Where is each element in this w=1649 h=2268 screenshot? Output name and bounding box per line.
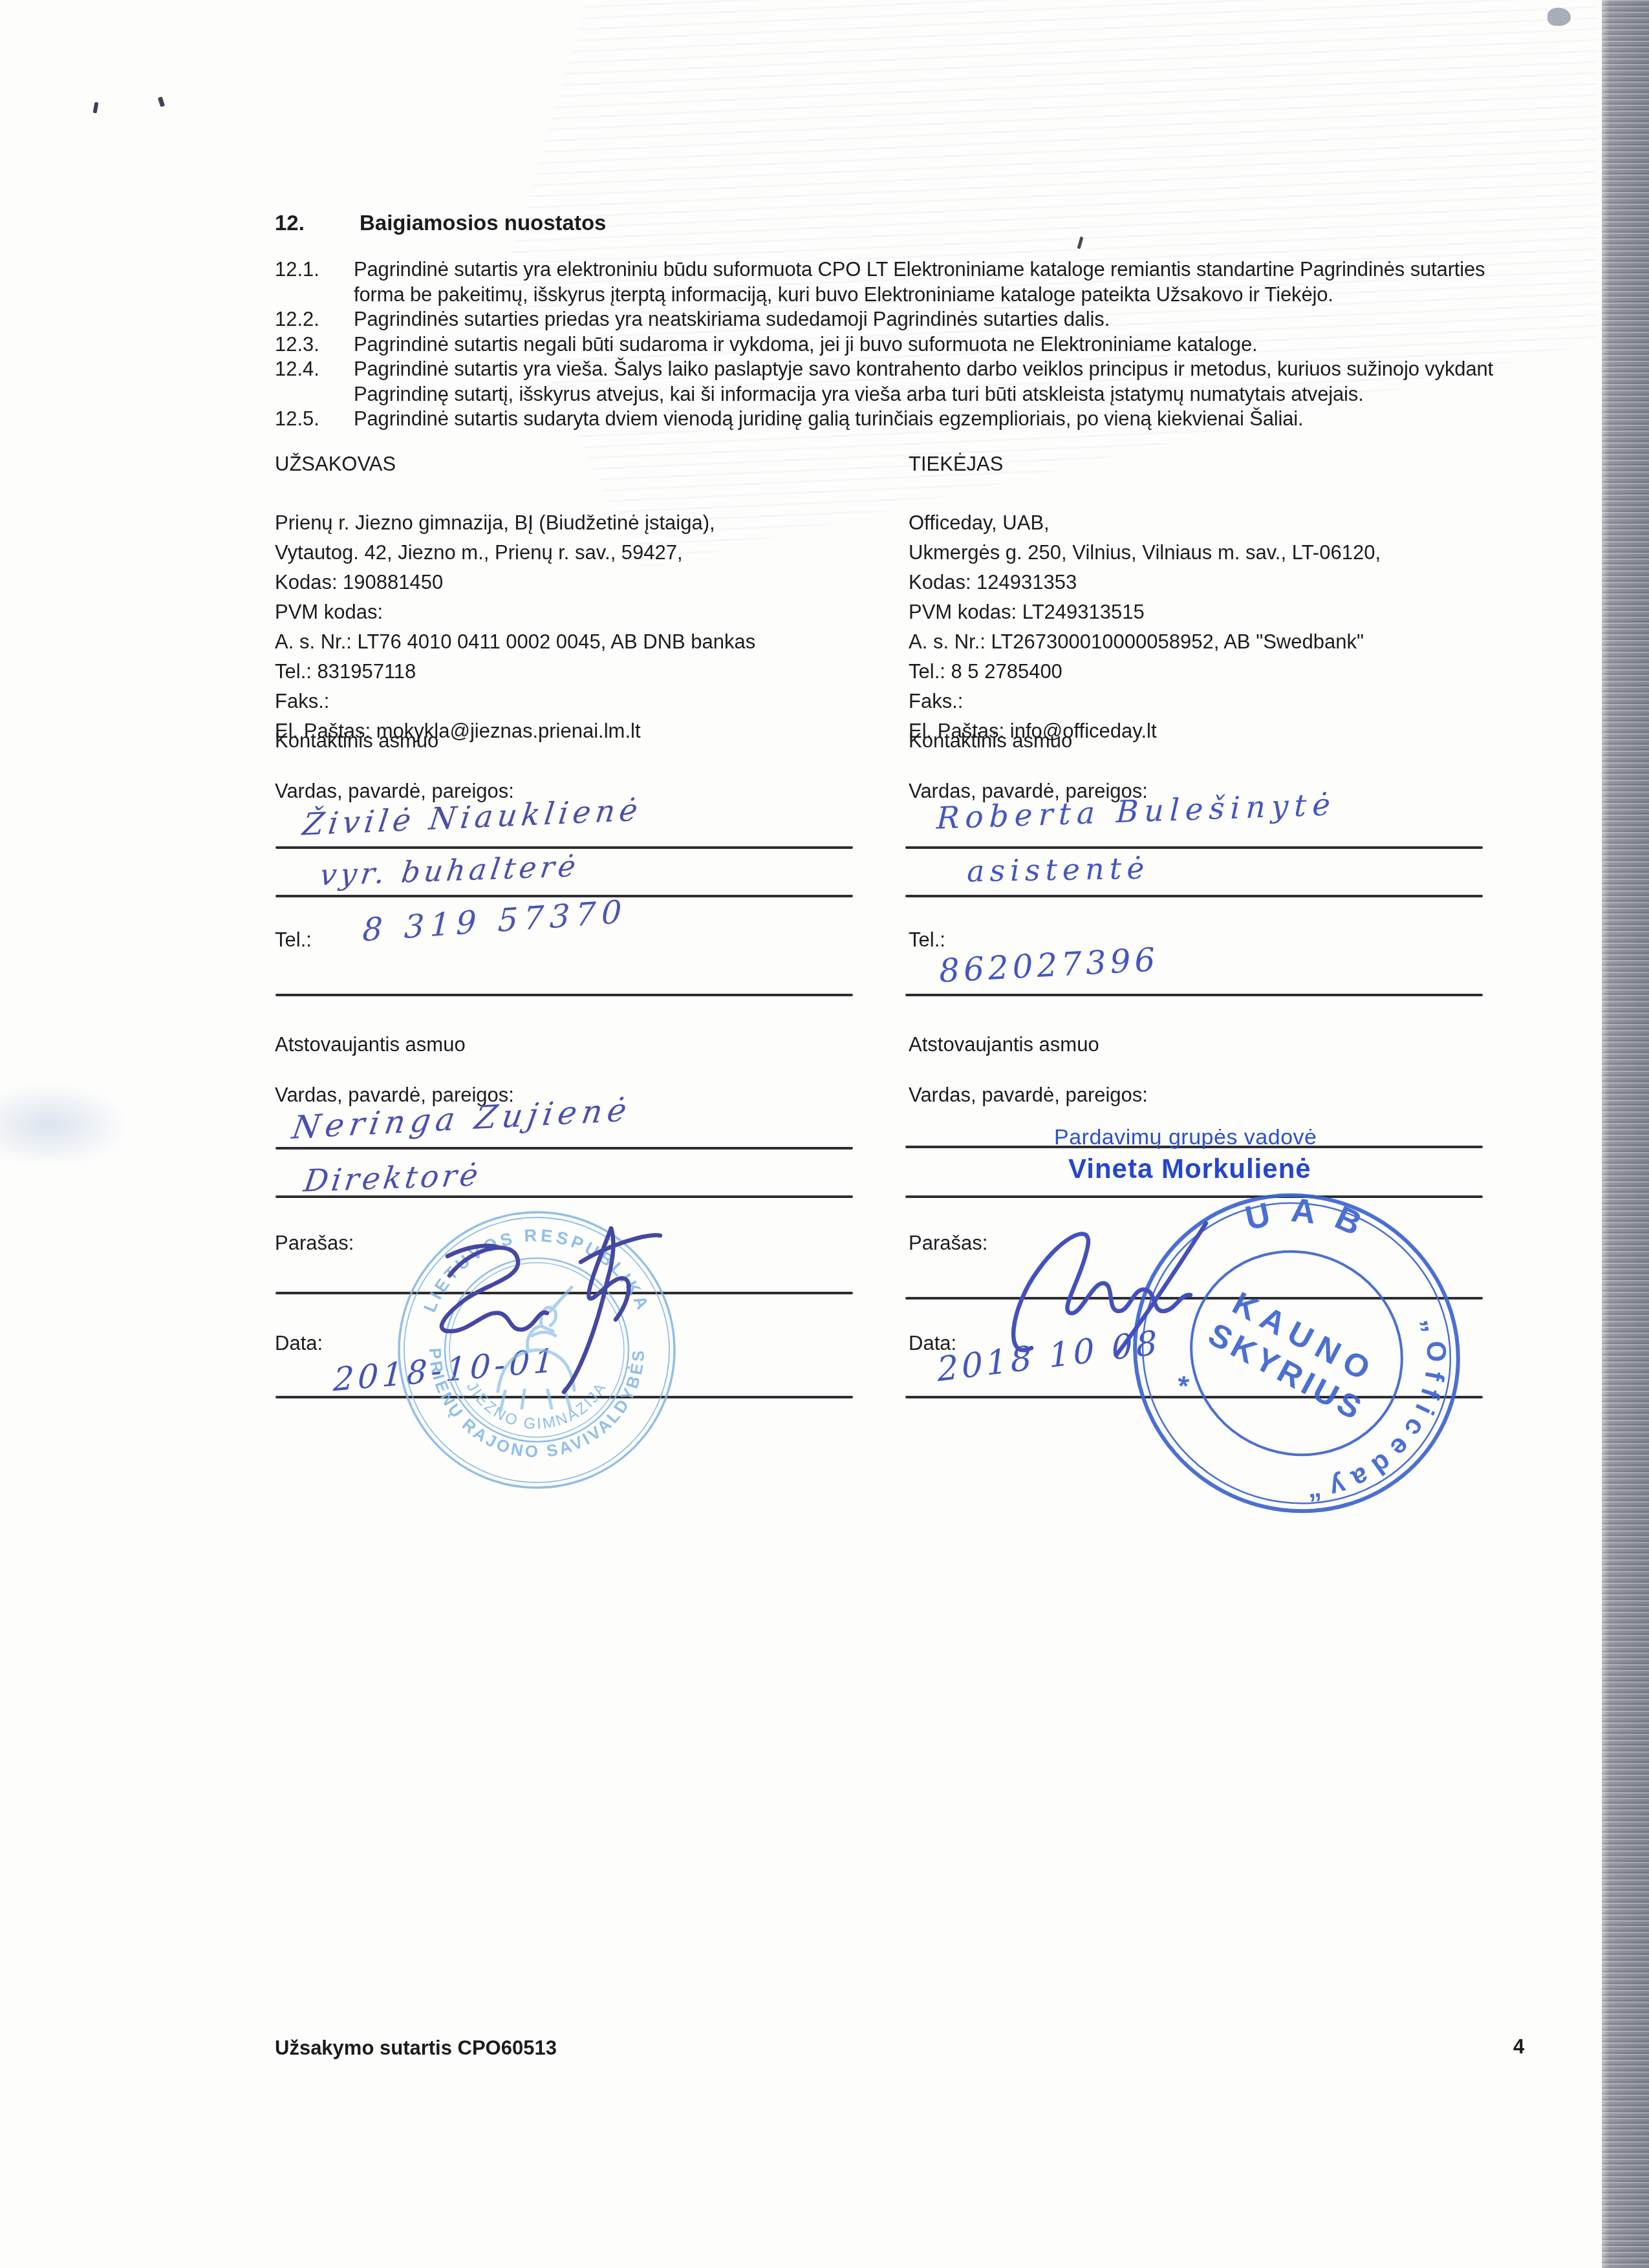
buyer-line: PVM kodas: <box>275 597 896 627</box>
buyer-signature-label: Parašas: <box>275 1232 354 1255</box>
scanned-contract-page: 12. Baigiamosios nuostatos 12.1. Pagrind… <box>0 0 1649 2268</box>
supplier-line: Tel.: 8 5 2785400 <box>909 657 1529 687</box>
scanner-edge-strip <box>1602 0 1649 2268</box>
supplier-rep-label: Vardas, pavardė, pareigos: <box>909 1084 1148 1107</box>
buyer-line: Prienų r. Jiezno gimnazija, BĮ (Biudžeti… <box>275 508 896 538</box>
supplier-contact-role-handwriting: asistentė <box>967 851 1150 889</box>
clause-number: 12.4. <box>275 357 354 407</box>
supplier-rep-title-stamp-print: Pardavimų grupės vadovė <box>1054 1125 1317 1150</box>
footer-document-id: Užsakymo sutartis CPO60513 <box>275 2037 557 2060</box>
clause-text: Pagrindinė sutartis negali būti sudaroma… <box>354 332 1507 358</box>
supplier-tel-handwriting: 862027396 <box>938 941 1160 990</box>
scan-speck <box>93 102 99 114</box>
supplier-line: PVM kodas: LT249313515 <box>909 597 1529 627</box>
scan-blob <box>1547 8 1571 26</box>
supplier-tel-label: Tel.: <box>909 928 945 952</box>
rule-line <box>905 895 1483 897</box>
buyer-line: Kodas: 190881450 <box>275 568 896 597</box>
buyer-line: A. s. Nr.: LT76 4010 0411 0002 0045, AB … <box>275 627 896 657</box>
rule-line <box>905 994 1483 996</box>
clause-number: 12.3. <box>275 332 354 358</box>
supplier-line: Ukmergės g. 250, Vilnius, Vilniaus m. sa… <box>909 538 1529 568</box>
supplier-details: Officeday, UAB, Ukmergės g. 250, Vilnius… <box>909 508 1529 746</box>
clauses-list: 12.1. Pagrindinė sutartis yra elektronin… <box>275 257 1507 432</box>
buyer-tel-handwriting: 8 319 57370 <box>362 893 629 949</box>
supplier-header: TIEKĖJAS <box>909 453 1003 476</box>
section-number: 12. <box>275 211 305 235</box>
buyer-rep-header: Atstovaujantis asmuo <box>275 1033 466 1056</box>
scan-speck <box>158 96 165 107</box>
rule-line <box>275 994 853 996</box>
buyer-line: Faks.: <box>275 687 896 716</box>
rule-line <box>275 846 853 849</box>
clause-12-2: 12.2. Pagrindinės sutarties priedas yra … <box>275 307 1507 332</box>
clause-number: 12.2. <box>275 307 354 332</box>
buyer-details: Prienų r. Jiezno gimnazija, BĮ (Biudžeti… <box>275 508 896 746</box>
buyer-line: Vytautog. 42, Jiezno m., Prienų r. sav.,… <box>275 538 896 568</box>
section-title: Baigiamosios nuostatos <box>360 211 606 235</box>
buyer-contact-role-handwriting: vyr. buhalterė <box>318 849 581 892</box>
supplier-signature-label: Parašas: <box>909 1232 987 1255</box>
supplier-line: Kodas: 124931353 <box>909 568 1529 597</box>
supplier-line: Officeday, UAB, <box>909 508 1529 538</box>
supplier-signature-ink <box>983 1196 1261 1377</box>
buyer-contact-header: Kontaktinis asmuo <box>275 729 438 753</box>
supplier-contact-header: Kontaktinis asmuo <box>909 729 1072 753</box>
clause-number: 12.1. <box>275 257 354 307</box>
clause-number: 12.5. <box>275 407 354 432</box>
buyer-tel-label: Tel.: <box>275 928 312 952</box>
buyer-header: UŽSAKOVAS <box>275 453 396 476</box>
buyer-date-label: Data: <box>275 1332 323 1355</box>
clause-text: Pagrindinės sutarties priedas yra neatsk… <box>354 307 1507 332</box>
buyer-rep-role-handwriting: Direktorė <box>301 1157 484 1199</box>
clause-text: Pagrindinė sutartis sudaryta dviem vieno… <box>354 407 1507 432</box>
scan-smudge <box>0 1083 129 1167</box>
clause-12-1: 12.1. Pagrindinė sutartis yra elektronin… <box>275 257 1507 307</box>
buyer-signature-ink <box>388 1199 685 1406</box>
supplier-rep-header: Atstovaujantis asmuo <box>909 1033 1099 1056</box>
clause-12-4: 12.4. Pagrindinė sutartis yra vieša. Šal… <box>275 357 1507 407</box>
clause-12-5: 12.5. Pagrindinė sutartis sudaryta dviem… <box>275 407 1507 432</box>
clause-text: Pagrindinė sutartis yra elektroniniu būd… <box>354 257 1507 307</box>
rule-line <box>905 846 1483 849</box>
supplier-line: A. s. Nr.: LT267300010000058952, AB "Swe… <box>909 627 1529 657</box>
supplier-line: Faks.: <box>909 687 1529 716</box>
clause-text: Pagrindinė sutartis yra vieša. Šalys lai… <box>354 357 1507 407</box>
clause-12-3: 12.3. Pagrindinė sutartis negali būti su… <box>275 332 1507 358</box>
rule-line <box>275 1147 853 1150</box>
page-number: 4 <box>1513 2035 1524 2059</box>
buyer-line: Tel.: 831957118 <box>275 657 896 687</box>
